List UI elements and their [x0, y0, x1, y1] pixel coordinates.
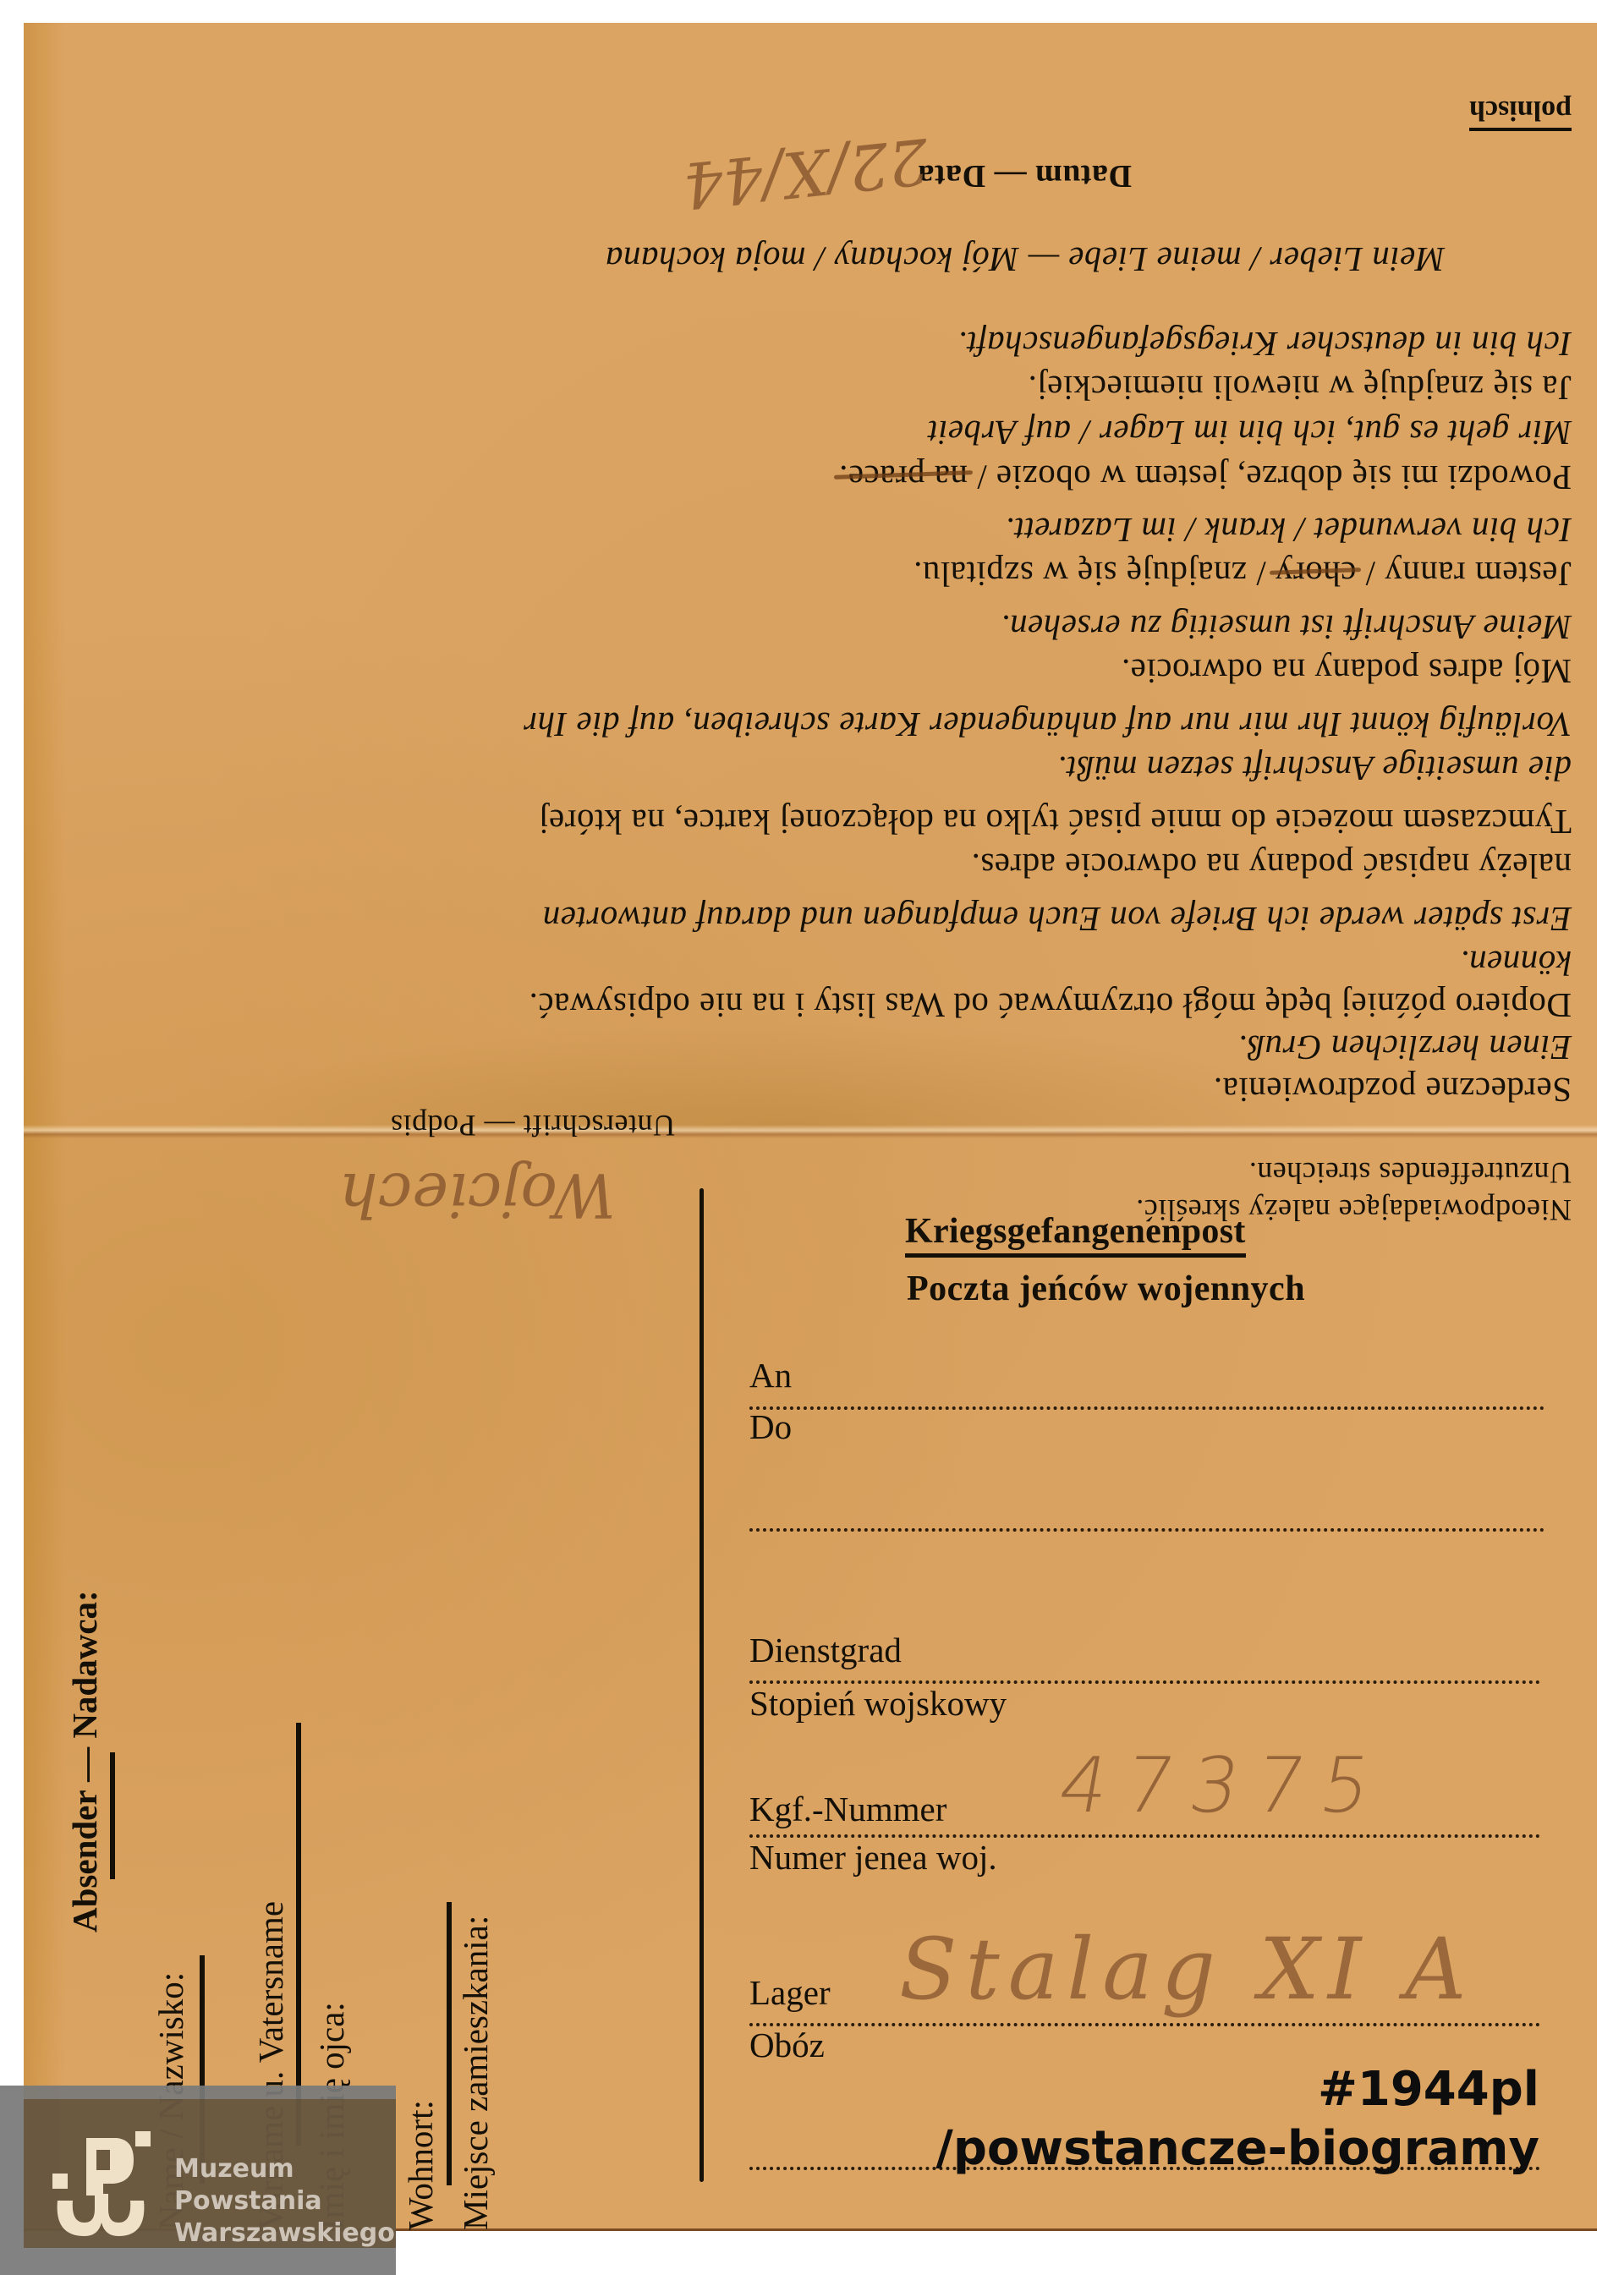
- title-de: Kriegsgefangenenpost: [905, 1211, 1246, 1258]
- camp-label-pl: Obóz: [749, 2025, 825, 2065]
- museum-name-line: Muzeum: [174, 2153, 395, 2185]
- struck-text: na prace.: [839, 458, 968, 497]
- message-line: Einen herzlichen Gruß.: [1237, 1030, 1572, 1065]
- residence-label-de: Wohnort:: [400, 2100, 441, 2230]
- residence-label-pl: Miejsce zamieszkania:: [455, 1916, 496, 2230]
- rank-label-de: Dienstgrad: [749, 1630, 902, 1670]
- sender-heading-de: Absender: [65, 1790, 104, 1932]
- message-text: Jestem ranny /: [1356, 555, 1572, 594]
- footnote-de: Unzutreffendes streichen.: [1248, 1158, 1572, 1188]
- vertical-divider: [700, 1188, 704, 2182]
- message-line: Vorläufig könnt Ihr mir nur auf anhängen…: [524, 707, 1572, 742]
- pow-number-label-de: Kgf.-Nummer: [749, 1789, 946, 1829]
- message-line: należy napisać podany na odwrocie adres.: [971, 848, 1572, 883]
- kotwica-anchor-logo-icon: [51, 2130, 152, 2239]
- overlay-path: /powstancze-biogramy: [935, 2121, 1539, 2176]
- museum-watermark: Muzeum Powstania Warszawskiego: [0, 2086, 396, 2275]
- language-tag: polnisch: [1469, 94, 1572, 131]
- camp-label-de: Lager: [749, 1972, 831, 2013]
- message-line: Serdeczne pozdrowienia.: [1213, 1072, 1572, 1107]
- message-line: Ich bin in deutscher Kriegsgefangenschaf…: [957, 326, 1572, 361]
- message-line: Ja się znajduję w niewoli niemieckiej.: [1028, 370, 1572, 405]
- message-side: polnisch Datum — Data 22/X/44 Mein Liebe…: [134, 74, 1572, 1122]
- postcard: polnisch Datum — Data 22/X/44 Mein Liebe…: [24, 23, 1597, 2231]
- message-line: können.: [1460, 946, 1572, 980]
- firstname-field[interactable]: [296, 1723, 301, 2146]
- signature-label: Unterschrift — Podpis: [391, 1110, 675, 1141]
- recipient-label-de: An: [749, 1355, 792, 1395]
- museum-name-line: Warszawskiego: [174, 2217, 395, 2250]
- hashtag: #1944pl: [1318, 2062, 1539, 2117]
- sender-heading: Absender — Nadawca:: [64, 1590, 105, 1932]
- recipient-label-pl: Do: [749, 1406, 792, 1447]
- message-line: Ich bin verwundet / krank / im Lazarett.: [1005, 513, 1572, 547]
- sender-heading-underline: [110, 1752, 115, 1879]
- message-line: Jestem ranny / chory / znajduję się w sz…: [913, 556, 1572, 591]
- message-text: / znajduję się w szpitalu.: [913, 555, 1276, 594]
- recipient-line-2[interactable]: [749, 1528, 1544, 1532]
- message-line: die umseitige Anschrift setzen müßt.: [1057, 751, 1572, 786]
- struck-text: chory: [1276, 555, 1357, 594]
- residence-field[interactable]: [447, 1902, 452, 2185]
- camp-line[interactable]: [749, 2023, 1540, 2026]
- salutation: Mein Lieber / meine Liebe — Mój kochany …: [605, 242, 1445, 277]
- handwritten-date: 22/X/44: [679, 123, 931, 222]
- message-line: Dopiero później będę mógł otrzymywać od …: [529, 988, 1572, 1022]
- date-label: Datum — Data: [918, 160, 1132, 192]
- pow-number-label-pl: Numer jenea woj.: [749, 1837, 997, 1878]
- fold-crease: [24, 1125, 1597, 1138]
- message-line: Meine Anschrift ist umseitig zu ersehen.: [1001, 610, 1572, 644]
- sender-heading-pl: Nadawca:: [65, 1590, 104, 1738]
- message-line: Mój adres podany na odwrocie.: [1121, 654, 1572, 688]
- message-line: Erst später werde ich Briefe von Euch em…: [542, 902, 1572, 936]
- message-line: Powodzi mi się dobrze, jestem w obozie /…: [839, 460, 1572, 495]
- message-line: Tymczasem możecie do mnie pisać tylko na…: [539, 804, 1572, 839]
- museum-name-line: Powstania: [174, 2185, 395, 2217]
- title-pl: Poczta jeńców wojennych: [907, 1269, 1305, 1309]
- handwritten-signature: Wojciech: [339, 1159, 616, 1231]
- message-text: Powodzi mi się dobrze, jestem w obozie /: [968, 458, 1572, 497]
- sender-heading-sep: —: [65, 1739, 104, 1791]
- rank-label-pl: Stopień wojskowy: [749, 1683, 1007, 1724]
- museum-name: Muzeum Powstania Warszawskiego: [174, 2153, 395, 2250]
- camp-value: Stalag XI A: [899, 1920, 1474, 2019]
- pow-number-value: 47375: [1052, 1741, 1395, 1830]
- message-line: Mir geht es gut, ich bin im Lager / auf …: [928, 415, 1572, 450]
- recipient-line[interactable]: [749, 1406, 1544, 1410]
